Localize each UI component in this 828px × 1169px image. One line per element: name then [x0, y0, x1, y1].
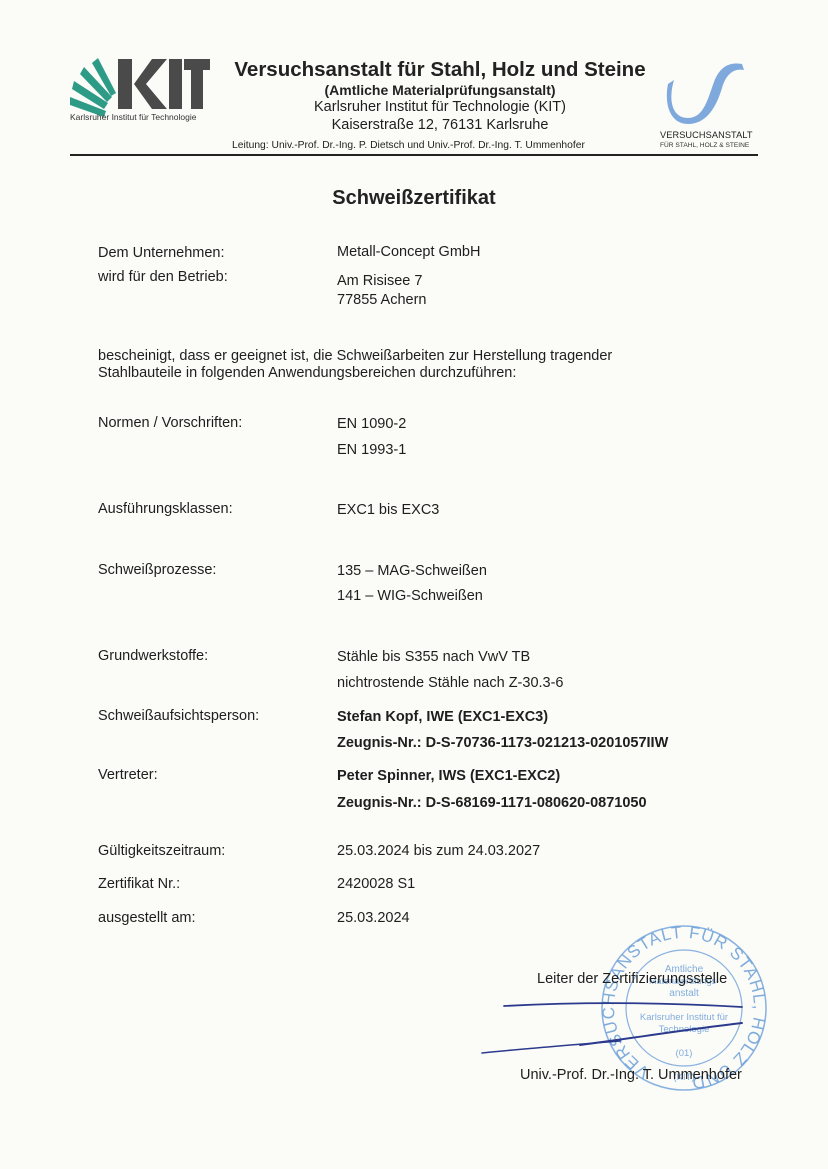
- vshs-wave-logo-icon: [664, 58, 748, 124]
- classes-label: Ausführungsklassen:: [98, 501, 233, 517]
- supervisor-certificate: Zeugnis-Nr.: D-S-70736-1173-021213-02010…: [337, 735, 668, 751]
- vshs-logo-name: VERSUCHSANSTALT: [660, 130, 753, 140]
- institution-name: Karlsruher Institut für Technologie (KIT…: [230, 99, 650, 115]
- validity-value: 25.03.2024 bis zum 24.03.2027: [337, 843, 540, 859]
- document-title: Schweißzertifikat: [0, 187, 828, 210]
- header-divider: [70, 154, 758, 156]
- kit-caption: Karlsruher Institut für Technologie: [70, 112, 196, 122]
- site-label: wird für den Betrieb:: [98, 269, 228, 285]
- institute-address: Kaiserstraße 12, 76131 Karlsruhe: [230, 117, 650, 133]
- issued-label: ausgestellt am:: [98, 910, 196, 926]
- statement: bescheinigt, dass er geeignet ist, die S…: [98, 348, 698, 382]
- handwritten-signature: [470, 965, 760, 1065]
- institute-title: Versuchsanstalt für Stahl, Holz und Stei…: [230, 58, 650, 82]
- material-value: nichtrostende Stähle nach Z-30.3-6: [337, 675, 564, 691]
- cert-no-value: 2420028 S1: [337, 876, 415, 892]
- site-street: Am Risisee 7: [337, 273, 422, 289]
- site-city: 77855 Achern: [337, 292, 427, 308]
- deputy-name: Peter Spinner, IWS (EXC1-EXC2): [337, 768, 560, 784]
- validity-label: Gültigkeitszeitraum:: [98, 843, 225, 859]
- norms-value: EN 1993-1: [337, 442, 406, 458]
- kit-rays-icon: [70, 58, 116, 117]
- supervisor-label: Schweißaufsichtsperson:: [98, 708, 259, 724]
- norms-label: Normen / Vorschriften:: [98, 415, 242, 431]
- classes-value: EXC1 bis EXC3: [337, 502, 439, 518]
- vshs-logo-sub: FÜR STAHL, HOLZ & STEINE: [660, 142, 749, 149]
- supervisor-name: Stefan Kopf, IWE (EXC1-EXC3): [337, 709, 548, 725]
- deputy-certificate: Zeugnis-Nr.: D-S-68169-1171-080620-08710…: [337, 795, 647, 811]
- deputy-label: Vertreter:: [98, 767, 158, 783]
- issued-value: 25.03.2024: [337, 910, 410, 926]
- process-value: 141 – WIG-Schweißen: [337, 588, 483, 604]
- signer-name: Univ.-Prof. Dr.-Ing. T. Ummenhofer: [520, 1067, 742, 1083]
- materials-label: Grundwerkstoffe:: [98, 648, 208, 664]
- institute-leadership: Leitung: Univ.-Prof. Dr.-Ing. P. Dietsch…: [232, 140, 585, 151]
- institute-subtitle: (Amtliche Materialprüfungsanstalt): [230, 82, 650, 98]
- material-value: Stähle bis S355 nach VwV TB: [337, 649, 530, 665]
- process-value: 135 – MAG-Schweißen: [337, 563, 487, 579]
- statement-line: bescheinigt, dass er geeignet ist, die S…: [98, 348, 698, 365]
- norms-value: EN 1090-2: [337, 416, 406, 432]
- company-label: Dem Unternehmen:: [98, 245, 225, 261]
- company-value: Metall-Concept GmbH: [337, 244, 480, 260]
- processes-label: Schweißprozesse:: [98, 562, 216, 578]
- cert-no-label: Zertifikat Nr.:: [98, 876, 180, 892]
- statement-line: Stahlbauteile in folgenden Anwendungsber…: [98, 365, 698, 382]
